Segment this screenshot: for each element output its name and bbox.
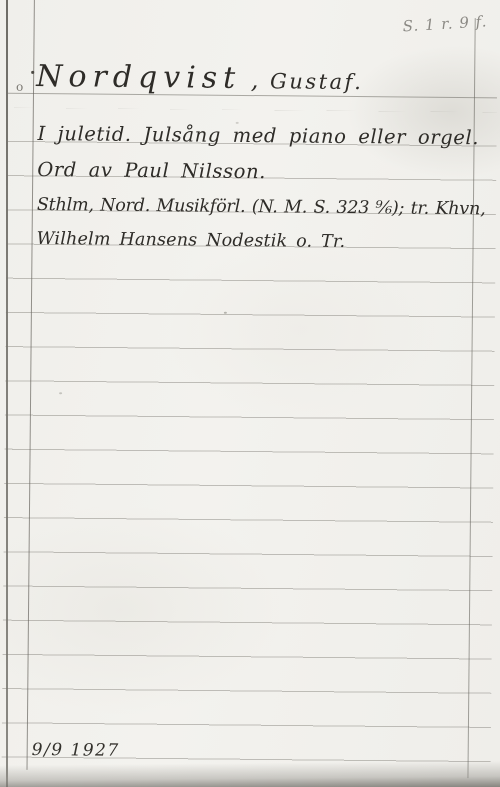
body-line-title: I juletid. Julsång med piano eller orgel… [38, 124, 480, 148]
heading-surname: Nordqvist [36, 59, 241, 96]
date-note: 9/9 1927 [32, 742, 120, 760]
card-heading: Nordqvist , Gustaf. [36, 62, 363, 95]
tilt-layer: S. 1 r. 9 f. o Nordqvist , Gustaf. I jul… [0, 0, 500, 787]
bottom-edge-shadow [0, 761, 500, 787]
margin-circle-mark: o [16, 81, 23, 93]
body-line-publisher: Sthlm, Nord. Musikförl. (N. M. S. 323 ⁹⁄… [37, 197, 486, 219]
ink-speck [31, 71, 34, 74]
paper-specks [224, 312, 227, 314]
catalog-card-scan: S. 1 r. 9 f. o Nordqvist , Gustaf. I jul… [0, 0, 500, 787]
heading-forename: Gustaf. [270, 69, 363, 94]
body-line-printer: Wilhelm Hansens Nodestik o. Tr. [37, 231, 346, 251]
heading-separator: , [241, 66, 270, 94]
body-line-lyricist: Ord av Paul Nilsson. [37, 160, 266, 182]
